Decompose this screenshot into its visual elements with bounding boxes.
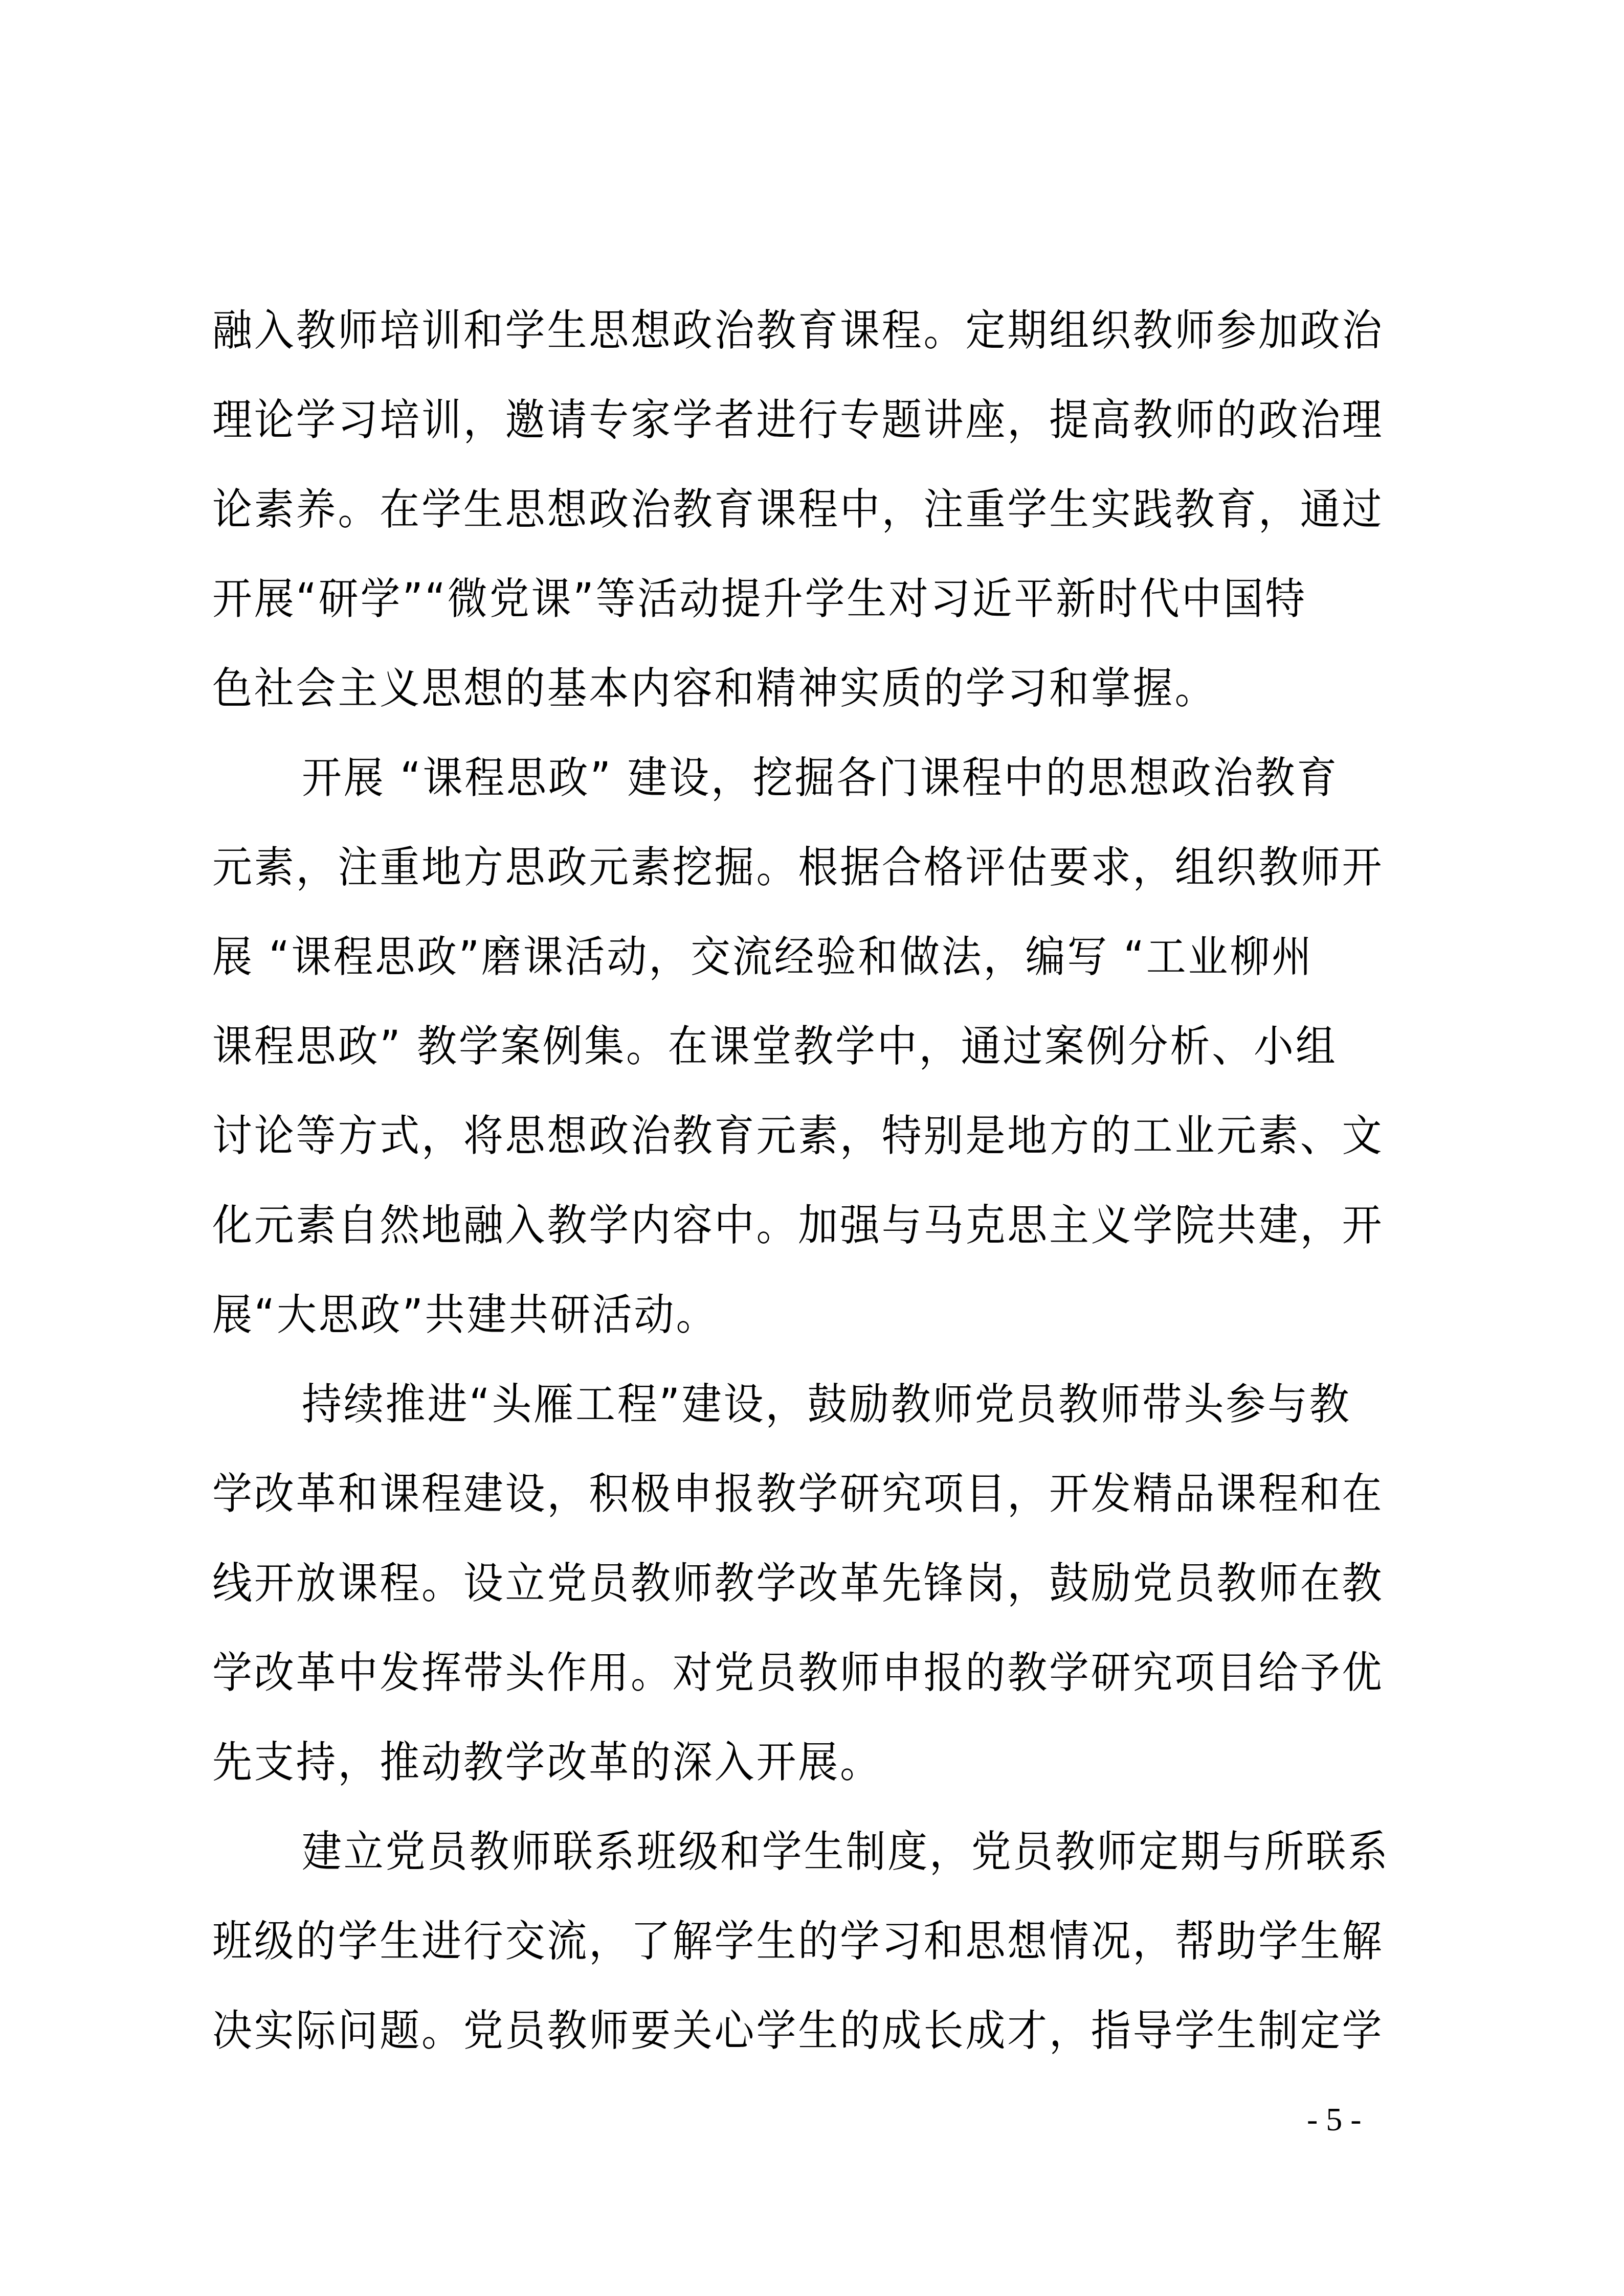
text-line: 展 “课程思政”磨课活动，交流经验和做法，编写 “工业柳州 — [212, 909, 1419, 1006]
text-line: 色社会主义思想的基本内容和精神实质的学习和掌握。 — [212, 641, 1419, 737]
text-line: 决实际问题。党员教师要关心学生的成长成才，指导学生制定学 — [212, 1983, 1419, 2080]
text-line: 开展“研学”“微党课”等活动提升学生对习近平新时代中国特 — [212, 551, 1419, 648]
page-number: - 5 - — [1307, 2097, 1362, 2143]
text-line: 学改革和课程建设，积极申报教学研究项目，开发精品课程和在 — [212, 1446, 1419, 1543]
text-line-first: 建立党员教师联系班级和学生制度，党员教师定期与所联系 — [212, 1804, 1419, 1901]
text-line: 线开放课程。设立党员教师教学改革先锋岗，鼓励党员教师在教 — [212, 1536, 1419, 1632]
text-line: 课程思政” 教学案例集。在课堂教学中，通过案例分析、小组 — [212, 999, 1419, 1095]
text-line-first: 开展 “课程思政” 建设，挖掘各门课程中的思想政治教育 — [212, 730, 1419, 827]
text-line: 论素养。在学生思想政治教育课程中，注重学生实践教育，通过 — [212, 462, 1419, 558]
text-line: 学改革中发挥带头作用。对党员教师申报的教学研究项目给予优 — [212, 1625, 1419, 1722]
text-line: 融入教师培训和学生思想政治教育课程。定期组织教师参加政治 — [212, 283, 1419, 379]
text-line: 展“大思政”共建共研活动。 — [212, 1267, 1419, 1364]
text-line: 班级的学生进行交流，了解学生的学习和思想情况，帮助学生解 — [212, 1894, 1419, 1990]
text-line: 先支持，推动教学改革的深入开展。 — [212, 1715, 1419, 1811]
paragraph-p4: 建立党员教师联系班级和学生制度，党员教师定期与所联系 班级的学生进行交流，了解学… — [212, 1808, 1419, 2076]
paragraph-p2: 开展 “课程思政” 建设，挖掘各门课程中的思想政治教育 元素，注重地方思政元素挖… — [212, 734, 1419, 1360]
body-text: 融入教师培训和学生思想政治教育课程。定期组织教师参加政治 理论学习培训，邀请专家… — [212, 286, 1419, 2076]
document-page: 融入教师培训和学生思想政治教育课程。定期组织教师参加政治 理论学习培训，邀请专家… — [0, 0, 1624, 2296]
paragraph-p1: 融入教师培训和学生思想政治教育课程。定期组织教师参加政治 理论学习培训，邀请专家… — [212, 286, 1419, 734]
paragraph-p3: 持续推进“头雁工程”建设，鼓励教师党员教师带头参与教 学改革和课程建设，积极申报… — [212, 1360, 1419, 1808]
text-line: 元素，注重地方思政元素挖掘。根据合格评估要求，组织教师开 — [212, 820, 1419, 916]
text-line: 化元素自然地融入教学内容中。加强与马克思主义学院共建，开 — [212, 1178, 1419, 1274]
text-line: 讨论等方式，将思想政治教育元素，特别是地方的工业元素、文 — [212, 1088, 1419, 1185]
text-line: 理论学习培训，邀请专家学者进行专题讲座，提高教师的政治理 — [212, 372, 1419, 469]
text-line-first: 持续推进“头雁工程”建设，鼓励教师党员教师带头参与教 — [212, 1357, 1419, 1453]
